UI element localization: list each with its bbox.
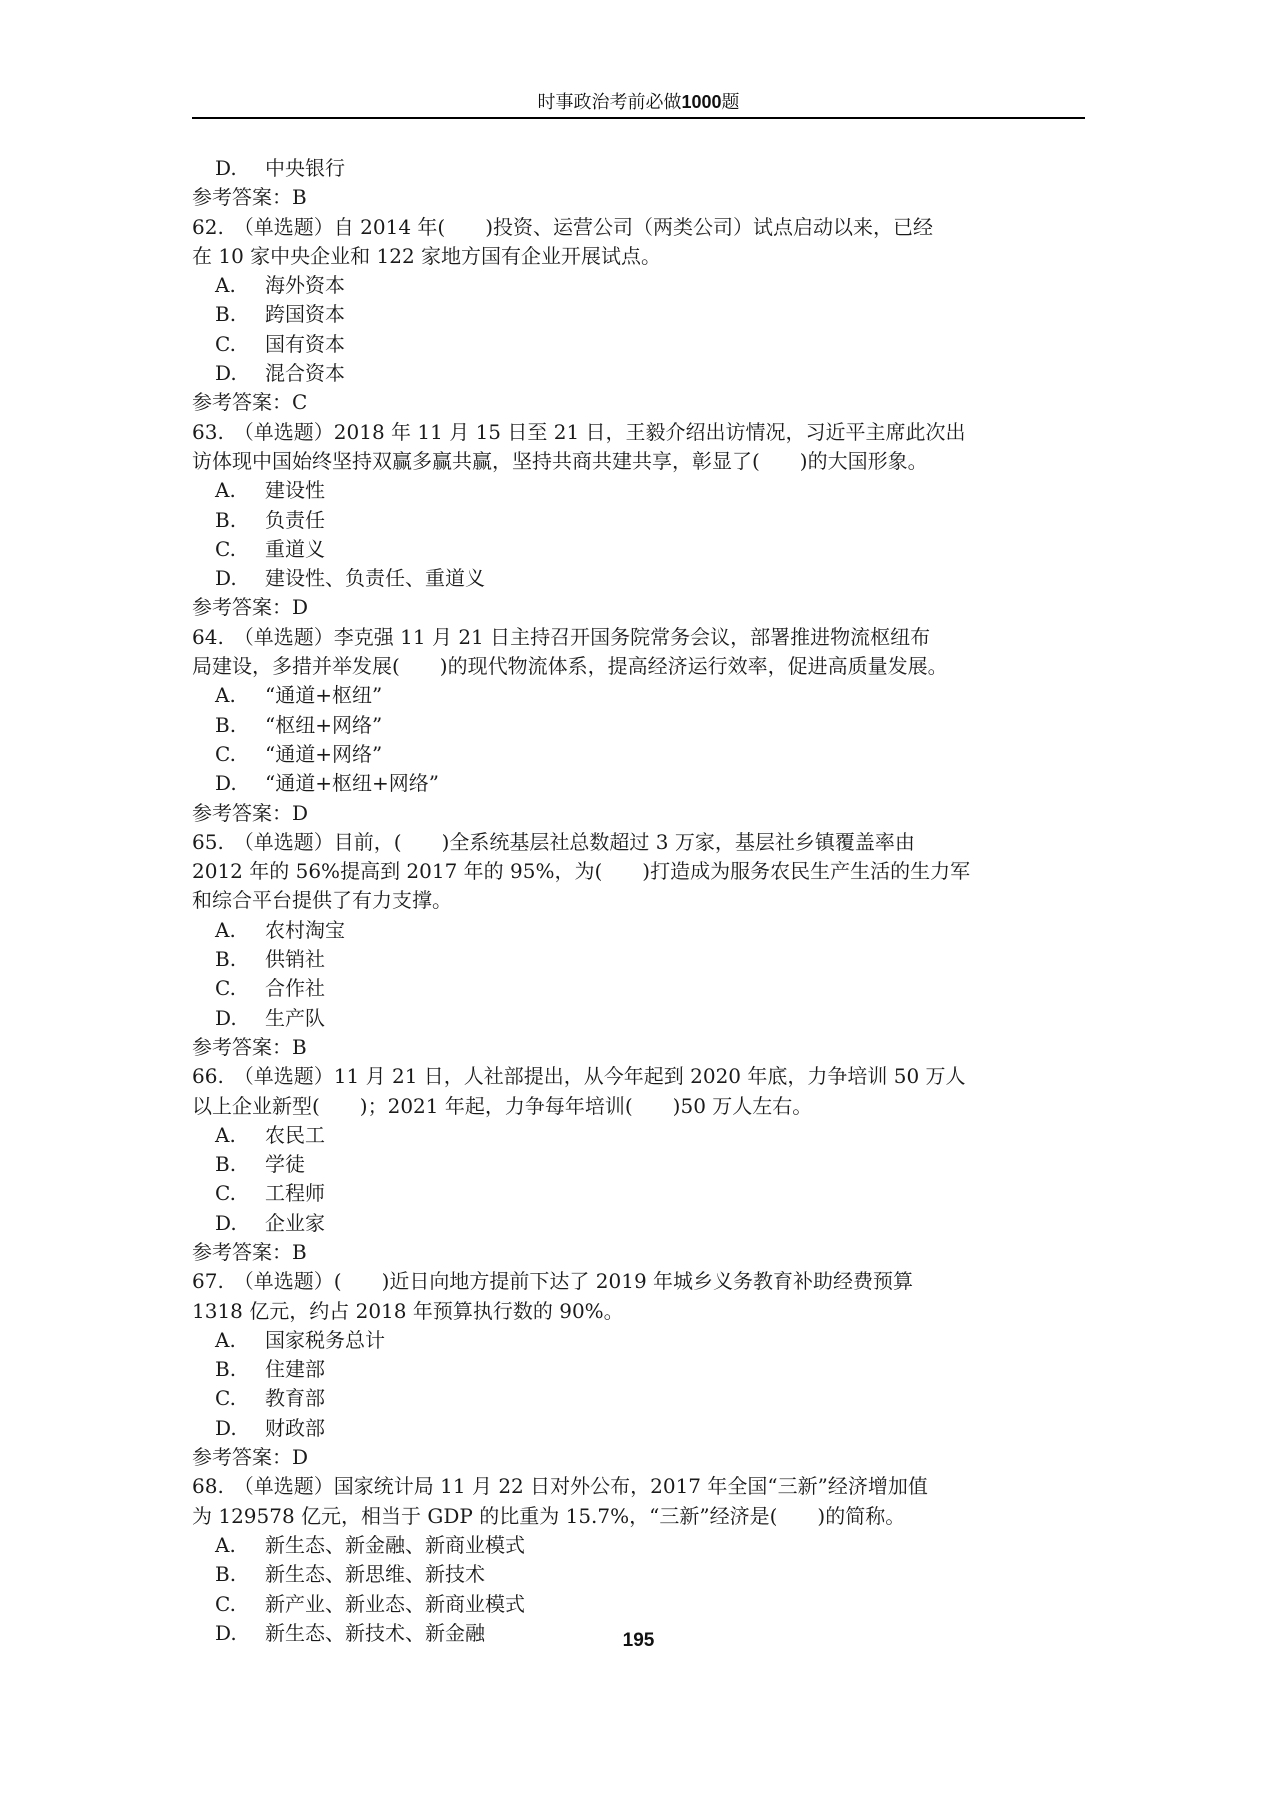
option-letter: C. bbox=[215, 330, 265, 359]
question-block: 66. （单选题）11 月 21 日，人社部提出，从今年起到 2020 年底，力… bbox=[192, 1062, 1085, 1267]
answer-line: 参考答案：B bbox=[192, 183, 1085, 212]
option-text: 供销社 bbox=[265, 945, 325, 974]
option-letter: D. bbox=[215, 359, 265, 388]
option-letter: A. bbox=[215, 916, 265, 945]
option-item: D. 中央银行 bbox=[192, 154, 1085, 183]
header-title-number: 1000 bbox=[681, 92, 721, 112]
question-stem-line: 以上企业新型( )；2021 年起，力争每年培训( )50 万人左右。 bbox=[192, 1092, 1085, 1121]
question-block: 65. （单选题）目前，( )全系统基层社总数超过 3 万家，基层社乡镇覆盖率由… bbox=[192, 828, 1085, 1062]
option-text: 混合资本 bbox=[265, 359, 345, 388]
option-text: 住建部 bbox=[265, 1355, 325, 1384]
question-stem-first-line: 66. （单选题）11 月 21 日，人社部提出，从今年起到 2020 年底，力… bbox=[192, 1062, 1085, 1091]
option-item: A.海外资本 bbox=[192, 271, 1085, 300]
question-stem-line: 在 10 家中央企业和 122 家地方国有企业开展试点。 bbox=[192, 242, 1085, 271]
option-item: A.国家税务总计 bbox=[192, 1326, 1085, 1355]
option-text: 国有资本 bbox=[265, 330, 345, 359]
option-text: 中央银行 bbox=[265, 154, 345, 183]
question-stem-line: 访体现中国始终坚持双赢多赢共赢，坚持共商共建共享，彰显了( )的大国形象。 bbox=[192, 447, 1085, 476]
answer-line: 参考答案：B bbox=[192, 1238, 1085, 1267]
running-header: 时事政治考前必做1000题 bbox=[192, 88, 1085, 114]
option-item: A.农村淘宝 bbox=[192, 916, 1085, 945]
option-text: 国家税务总计 bbox=[265, 1326, 385, 1355]
option-text: 跨国资本 bbox=[265, 300, 345, 329]
option-text: 财政部 bbox=[265, 1414, 325, 1443]
option-item: D.建设性、负责任、重道义 bbox=[192, 564, 1085, 593]
option-letter: C. bbox=[215, 535, 265, 564]
option-item: A.农民工 bbox=[192, 1121, 1085, 1150]
question-stem-first-line: 68. （单选题）国家统计局 11 月 22 日对外公布，2017 年全国“三新… bbox=[192, 1472, 1085, 1501]
option-text: “通道+枢纽” bbox=[265, 681, 382, 710]
option-item: B.负责任 bbox=[192, 506, 1085, 535]
option-text: 教育部 bbox=[265, 1384, 325, 1413]
question-stem-line: 和综合平台提供了有力支撑。 bbox=[192, 886, 1085, 915]
page-content: D. 中央银行 参考答案：B 62. （单选题）自 2014 年( )投资、运营… bbox=[192, 154, 1085, 1648]
option-item: A.新生态、新金融、新商业模式 bbox=[192, 1531, 1085, 1560]
option-letter: B. bbox=[215, 711, 265, 740]
question-block: 64. （单选题）李克强 11 月 21 日主持召开国务院常务会议，部署推进物流… bbox=[192, 623, 1085, 828]
option-item: D.财政部 bbox=[192, 1414, 1085, 1443]
option-letter: D. bbox=[215, 154, 265, 183]
option-text: 新生态、新金融、新商业模式 bbox=[265, 1531, 525, 1560]
answer-line: 参考答案：D bbox=[192, 1443, 1085, 1472]
option-letter: A. bbox=[215, 476, 265, 505]
question-stem-line: 局建设，多措并举发展( )的现代物流体系，提高经济运行效率，促进高质量发展。 bbox=[192, 652, 1085, 681]
option-item: B.新生态、新思维、新技术 bbox=[192, 1560, 1085, 1589]
option-text: “枢纽+网络” bbox=[265, 711, 382, 740]
header-title-suffix: 题 bbox=[722, 92, 740, 112]
option-text: “通道+枢纽+网络” bbox=[265, 769, 439, 798]
option-text: 负责任 bbox=[265, 506, 325, 535]
option-letter: D. bbox=[215, 769, 265, 798]
option-letter: A. bbox=[215, 681, 265, 710]
option-letter: B. bbox=[215, 1355, 265, 1384]
option-item: C.重道义 bbox=[192, 535, 1085, 564]
option-letter: B. bbox=[215, 1560, 265, 1589]
question-block: 63. （单选题）2018 年 11 月 15 日至 21 日，王毅介绍出访情况… bbox=[192, 418, 1085, 623]
option-item: C.工程师 bbox=[192, 1179, 1085, 1208]
option-letter: C. bbox=[215, 1179, 265, 1208]
option-letter: D. bbox=[215, 1209, 265, 1238]
option-text: 新生态、新思维、新技术 bbox=[265, 1560, 485, 1589]
page-number: 195 bbox=[192, 1630, 1085, 1652]
option-text: 海外资本 bbox=[265, 271, 345, 300]
option-letter: C. bbox=[215, 1384, 265, 1413]
header-rule bbox=[192, 117, 1085, 119]
answer-line: 参考答案：D bbox=[192, 593, 1085, 622]
question-stem-first-line: 65. （单选题）目前，( )全系统基层社总数超过 3 万家，基层社乡镇覆盖率由 bbox=[192, 828, 1085, 857]
option-letter: D. bbox=[215, 1414, 265, 1443]
option-item: B.学徒 bbox=[192, 1150, 1085, 1179]
option-letter: A. bbox=[215, 271, 265, 300]
option-text: “通道+网络” bbox=[265, 740, 382, 769]
option-item: D.“通道+枢纽+网络” bbox=[192, 769, 1085, 798]
option-text: 合作社 bbox=[265, 974, 325, 1003]
option-item: B.住建部 bbox=[192, 1355, 1085, 1384]
option-letter: A. bbox=[215, 1531, 265, 1560]
option-text: 重道义 bbox=[265, 535, 325, 564]
option-letter: C. bbox=[215, 1590, 265, 1619]
question-stem-first-line: 67. （单选题）( )近日向地方提前下达了 2019 年城乡义务教育补助经费预… bbox=[192, 1267, 1085, 1296]
option-text: 农村淘宝 bbox=[265, 916, 345, 945]
option-text: 建设性、负责任、重道义 bbox=[265, 564, 485, 593]
option-letter: B. bbox=[215, 300, 265, 329]
option-item: C.国有资本 bbox=[192, 330, 1085, 359]
option-item: D.混合资本 bbox=[192, 359, 1085, 388]
option-item: C.新产业、新业态、新商业模式 bbox=[192, 1590, 1085, 1619]
option-letter: A. bbox=[215, 1121, 265, 1150]
option-item: A.建设性 bbox=[192, 476, 1085, 505]
option-item: C.教育部 bbox=[192, 1384, 1085, 1413]
option-letter: C. bbox=[215, 740, 265, 769]
option-letter: C. bbox=[215, 974, 265, 1003]
option-item: B.供销社 bbox=[192, 945, 1085, 974]
option-item: D.生产队 bbox=[192, 1004, 1085, 1033]
answer-line: 参考答案：C bbox=[192, 388, 1085, 417]
option-item: B.“枢纽+网络” bbox=[192, 711, 1085, 740]
option-text: 生产队 bbox=[265, 1004, 325, 1033]
option-text: 工程师 bbox=[265, 1179, 325, 1208]
option-text: 学徒 bbox=[265, 1150, 305, 1179]
answer-line: 参考答案：D bbox=[192, 799, 1085, 828]
option-letter: D. bbox=[215, 564, 265, 593]
answer-line: 参考答案：B bbox=[192, 1033, 1085, 1062]
option-letter: B. bbox=[215, 1150, 265, 1179]
option-text: 企业家 bbox=[265, 1209, 325, 1238]
option-item: A.“通道+枢纽” bbox=[192, 681, 1085, 710]
question-list: 62. （单选题）自 2014 年( )投资、运营公司（两类公司）试点启动以来，… bbox=[192, 213, 1085, 1649]
option-text: 建设性 bbox=[265, 476, 325, 505]
question-stem-line: 2012 年的 56%提高到 2017 年的 95%，为( )打造成为服务农民生… bbox=[192, 857, 1085, 886]
option-letter: A. bbox=[215, 1326, 265, 1355]
option-letter: B. bbox=[215, 506, 265, 535]
question-block: 62. （单选题）自 2014 年( )投资、运营公司（两类公司）试点启动以来，… bbox=[192, 213, 1085, 418]
option-item: D.企业家 bbox=[192, 1209, 1085, 1238]
option-text: 新产业、新业态、新商业模式 bbox=[265, 1590, 525, 1619]
question-block: 68. （单选题）国家统计局 11 月 22 日对外公布，2017 年全国“三新… bbox=[192, 1472, 1085, 1648]
question-stem-line: 为 129578 亿元，相当于 GDP 的比重为 15.7%，“三新”经济是( … bbox=[192, 1502, 1085, 1531]
option-item: C.“通道+网络” bbox=[192, 740, 1085, 769]
question-stem-first-line: 64. （单选题）李克强 11 月 21 日主持召开国务院常务会议，部署推进物流… bbox=[192, 623, 1085, 652]
header-title-prefix: 时事政治考前必做 bbox=[537, 92, 681, 112]
question-stem-first-line: 62. （单选题）自 2014 年( )投资、运营公司（两类公司）试点启动以来，… bbox=[192, 213, 1085, 242]
option-item: C.合作社 bbox=[192, 974, 1085, 1003]
question-stem-line: 1318 亿元，约占 2018 年预算执行数的 90%。 bbox=[192, 1297, 1085, 1326]
option-text: 农民工 bbox=[265, 1121, 325, 1150]
option-letter: D. bbox=[215, 1004, 265, 1033]
question-stem-first-line: 63. （单选题）2018 年 11 月 15 日至 21 日，王毅介绍出访情况… bbox=[192, 418, 1085, 447]
question-block: 67. （单选题）( )近日向地方提前下达了 2019 年城乡义务教育补助经费预… bbox=[192, 1267, 1085, 1472]
option-letter: B. bbox=[215, 945, 265, 974]
option-item: B.跨国资本 bbox=[192, 300, 1085, 329]
